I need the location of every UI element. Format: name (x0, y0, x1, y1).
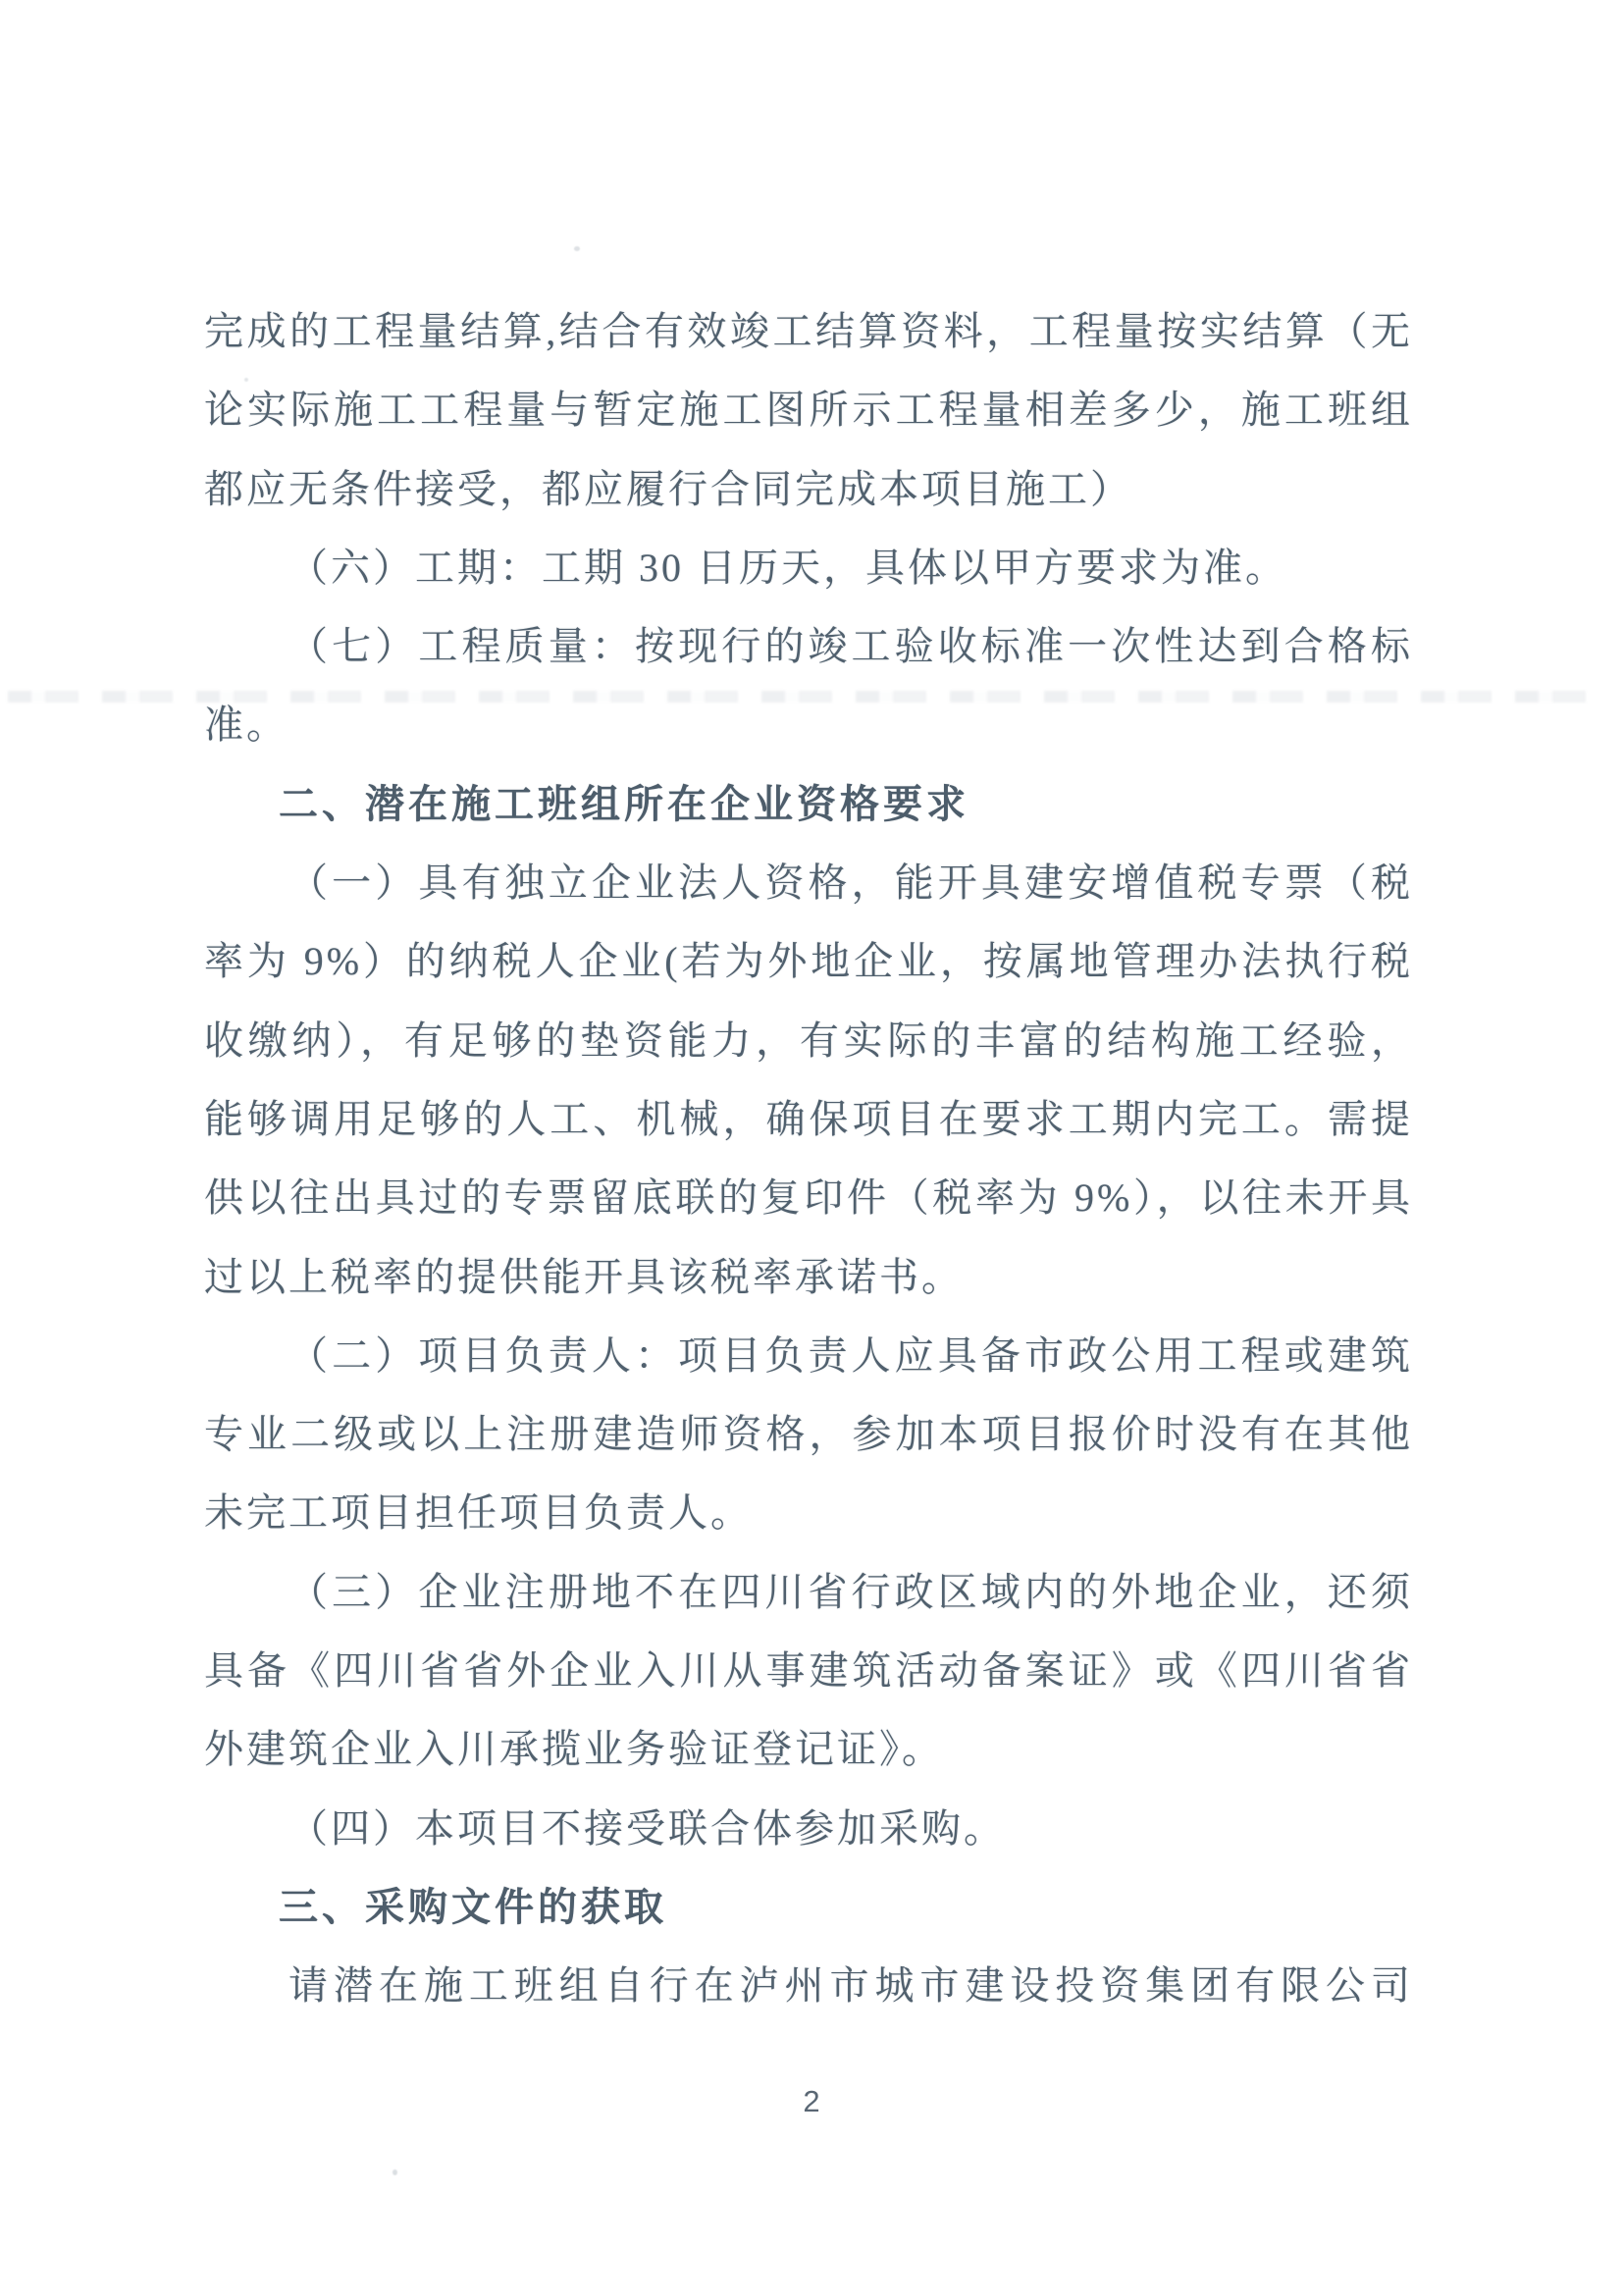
document-line: 率为 9%）的纳税人企业(若为外地企业，按属地管理办法执行税 (204, 922, 1413, 1001)
document-line: （三）企业注册地不在四川省行政区域内的外地企业，还须 (204, 1553, 1413, 1632)
scanned-document-page: 完成的工程量结算,结合有效竣工结算资料，工程量按实结算（无论实际施工工程量与暂定… (0, 0, 1623, 2296)
document-line: （二）项目负责人：项目负责人应具备市政公用工程或建筑 (204, 1317, 1413, 1395)
document-line: 准。 (204, 686, 1413, 764)
document-body: 完成的工程量结算,结合有效竣工结算资料，工程量按实结算（无论实际施工工程量与暂定… (204, 292, 1413, 2026)
document-line: 供以往出具过的专票留底联的复印件（税率为 9%），以往未开具 (204, 1159, 1413, 1237)
document-line: 未完工项目担任项目负责人。 (204, 1474, 1413, 1552)
document-line: 外建筑企业入川承揽业务验证登记证》。 (204, 1710, 1413, 1789)
page-number: 2 (0, 2084, 1623, 2119)
document-line: 完成的工程量结算,结合有效竣工结算资料，工程量按实结算（无 (204, 292, 1413, 371)
document-line: （七）工程质量：按现行的竣工验收标准一次性达到合格标 (204, 607, 1413, 686)
document-line: 具备《四川省省外企业入川从事建筑活动备案证》或《四川省省 (204, 1632, 1413, 1710)
document-line: 收缴纳），有足够的垫资能力，有实际的丰富的结构施工经验， (204, 1002, 1413, 1080)
scan-speck (393, 2169, 397, 2175)
document-line: 能够调用足够的人工、机械，确保项目在要求工期内完工。需提 (204, 1080, 1413, 1159)
document-line: 过以上税率的提供能开具该税率承诺书。 (204, 1238, 1413, 1317)
document-line: 专业二级或以上注册建造师资格，参加本项目报价时没有在其他 (204, 1395, 1413, 1474)
section-heading: 三、采购文件的获取 (204, 1868, 1413, 1947)
document-line: 请潜在施工班组自行在泸州市城市建设投资集团有限公司 (204, 1947, 1413, 2025)
document-line: （四）本项目不接受联合体参加采购。 (204, 1790, 1413, 1868)
scan-speck (574, 246, 580, 251)
document-line: 都应无条件接受，都应履行合同完成本项目施工） (204, 450, 1413, 529)
document-line: （六）工期：工期 30 日历天，具体以甲方要求为准。 (204, 529, 1413, 607)
document-line: 论实际施工工程量与暂定施工图所示工程量相差多少，施工班组 (204, 371, 1413, 449)
section-heading: 二、潜在施工班组所在企业资格要求 (204, 765, 1413, 844)
document-line: （一）具有独立企业法人资格，能开具建安增值税专票（税 (204, 844, 1413, 922)
